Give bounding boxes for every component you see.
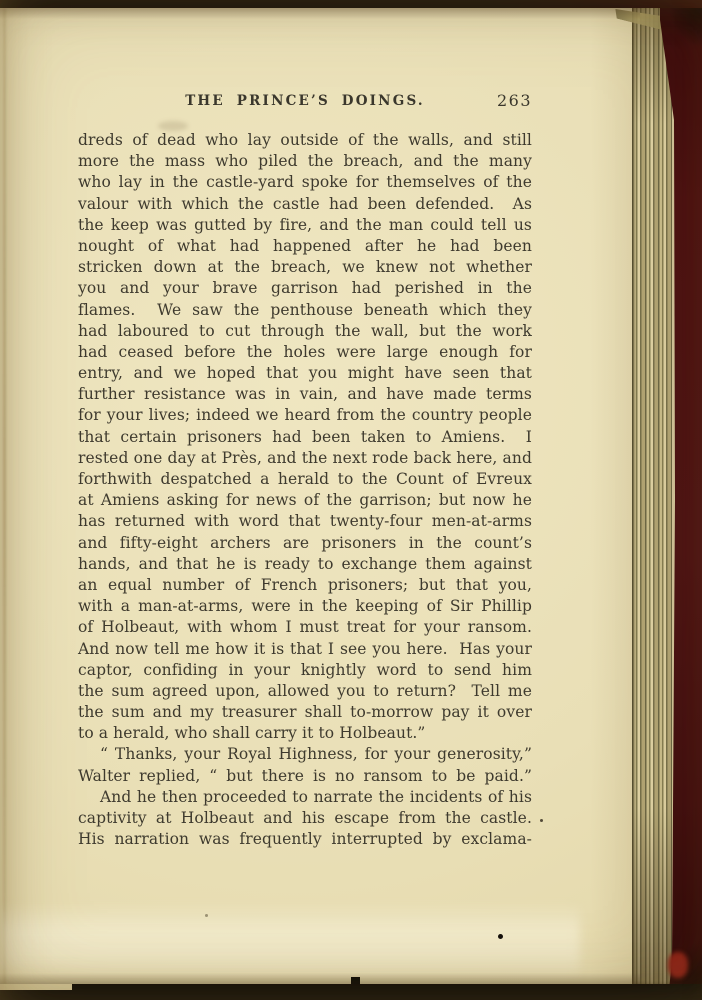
page-number: 263 <box>497 91 532 110</box>
ink-speck <box>540 819 543 822</box>
text-body: dreds of dead who lay outside of the wal… <box>78 130 532 850</box>
text-line: for your lives; indeed we heard from the… <box>78 405 532 426</box>
paper-crease <box>3 8 6 984</box>
scan-blur-artifact <box>0 903 580 981</box>
text-line: valour with which the castle had been de… <box>78 194 532 215</box>
text-line: hands, and that he is ready to exchange … <box>78 554 532 575</box>
ink-speck <box>205 914 208 917</box>
text-line: had ceased before the holes were large e… <box>78 342 532 363</box>
paper-smudge <box>158 121 188 131</box>
text-line: an equal number of French prisoners; but… <box>78 575 532 596</box>
scan-top-border <box>0 0 702 8</box>
text-line: further resistance was in vain, and have… <box>78 384 532 405</box>
text-line: nought of what had happened after he had… <box>78 236 532 257</box>
text-line: And he then proceeded to narrate the inc… <box>78 787 532 808</box>
text-line: more the mass who piled the breach, and … <box>78 151 532 172</box>
book-page-scan: THE PRINCE’S DOINGS. 263 dreds of dead w… <box>0 0 702 1000</box>
text-line: captivity at Holbeaut and his escape fro… <box>78 808 532 829</box>
text-line: His narration was frequently interrupted… <box>78 829 532 850</box>
text-line: entry, and we hoped that you might have … <box>78 363 532 384</box>
text-line: rested one day at Près, and the next rod… <box>78 448 532 469</box>
text-line: and fifty-eight archers are prisoners in… <box>78 533 532 554</box>
page-bottom-left-edge <box>0 984 72 990</box>
scan-bottom-notch <box>351 977 360 985</box>
text-line: to a herald, who shall carry it to Holbe… <box>78 723 532 744</box>
text-line: dreds of dead who lay outside of the wal… <box>78 130 532 151</box>
text-line: at Amiens asking for news of the garriso… <box>78 490 532 511</box>
text-line: the keep was gutted by fire, and the man… <box>78 215 532 236</box>
text-line: has returned with word that twenty-four … <box>78 511 532 532</box>
text-line: had laboured to cut through the wall, bu… <box>78 321 532 342</box>
book-cover-corner-highlight <box>668 952 688 978</box>
text-line: forthwith despatched a herald to the Cou… <box>78 469 532 490</box>
page-bottom-shadow <box>0 973 640 984</box>
text-line: with a man-at-arms, were in the keeping … <box>78 596 532 617</box>
text-line: the sum agreed upon, allowed you to retu… <box>78 681 532 702</box>
text-line: “ Thanks, your Royal Highness, for your … <box>78 744 532 765</box>
page-top-shadow <box>0 8 640 19</box>
text-line: Walter replied, “ but there is no ransom… <box>78 766 532 787</box>
text-line: flames. We saw the penthouse beneath whi… <box>78 300 532 321</box>
ink-speck <box>498 934 503 939</box>
text-line: And now tell me how it is that I see you… <box>78 639 532 660</box>
text-line: captor, confiding in your knightly word … <box>78 660 532 681</box>
text-line: you and your brave garrison had perished… <box>78 278 532 299</box>
running-header: THE PRINCE’S DOINGS. 263 <box>78 93 532 113</box>
book-fore-edge-pages <box>632 7 672 984</box>
text-line: that certain prisoners had been taken to… <box>78 427 532 448</box>
text-line: stricken down at the breach, we knew not… <box>78 257 532 278</box>
scan-bottom-border <box>0 984 702 1000</box>
chapter-running-title: THE PRINCE’S DOINGS. <box>78 93 532 109</box>
text-line: who lay in the castle-yard spoke for the… <box>78 172 532 193</box>
text-line: of Holbeaut, with whom I must treat for … <box>78 617 532 638</box>
text-line: the sum and my treasurer shall to-morrow… <box>78 702 532 723</box>
